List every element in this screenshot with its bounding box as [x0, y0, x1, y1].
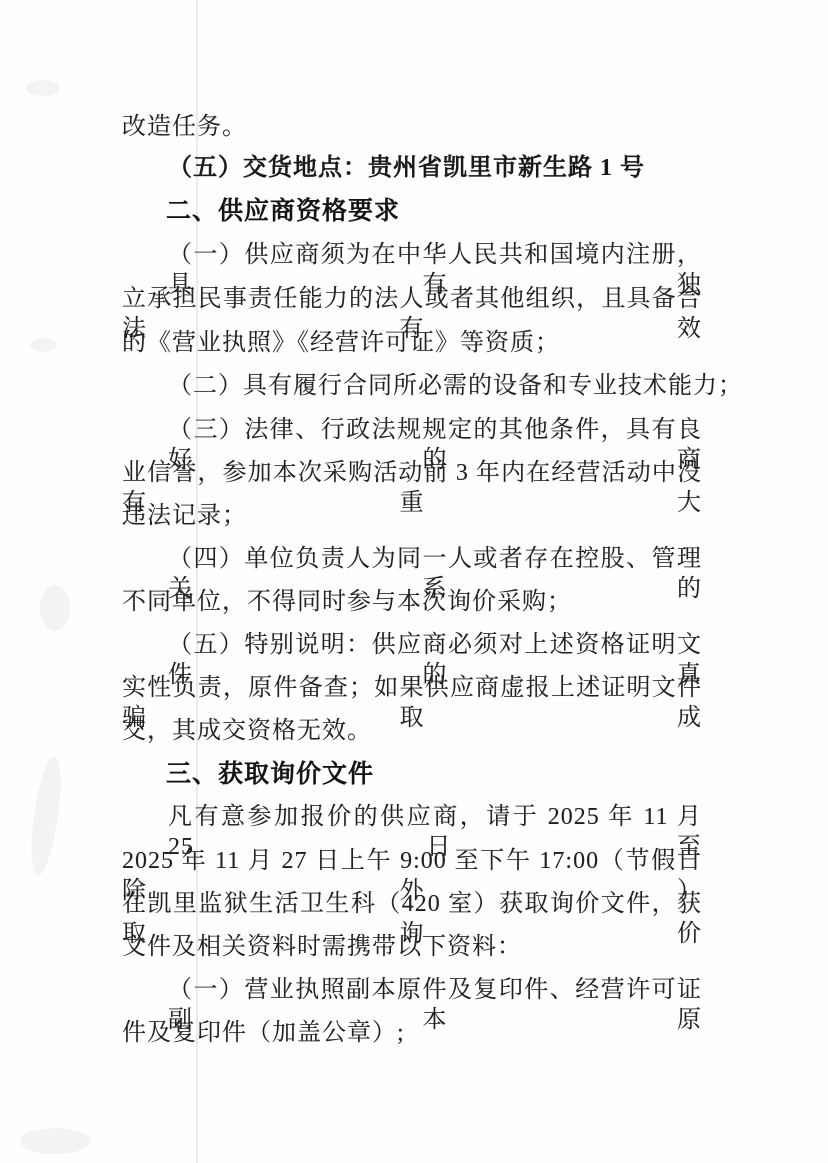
doc-line: 文件及相关资料时需携带以下资料： — [122, 932, 522, 962]
doc-line: 不同单位，不得同时参与本次询价采购； — [122, 587, 572, 617]
section-heading: 二、供应商资格要求 — [166, 196, 400, 226]
document-page: 改造任务。 （五）交货地点：贵州省凯里市新生路 1 号 二、供应商资格要求 （一… — [0, 0, 828, 1163]
doc-line: 交，其成交资格无效。 — [122, 716, 372, 746]
section-heading: 三、获取询价文件 — [166, 759, 374, 789]
doc-line: 改造任务。 — [122, 112, 247, 142]
scan-smudge — [26, 755, 66, 877]
scan-smudge — [40, 585, 70, 631]
scan-smudge — [30, 338, 56, 352]
scan-smudge — [26, 80, 60, 96]
doc-line: 的《营业执照》《经营许可证》等资质； — [122, 328, 560, 358]
doc-line: 违法记录； — [122, 501, 247, 531]
delivery-location-line: （五）交货地点：贵州省凯里市新生路 1 号 — [168, 153, 645, 183]
scan-smudge — [20, 1128, 90, 1154]
doc-line: 件及复印件（加盖公章）; — [122, 1018, 405, 1048]
doc-line: （二）具有履行合同所必需的设备和专业技术能力； — [168, 371, 743, 401]
